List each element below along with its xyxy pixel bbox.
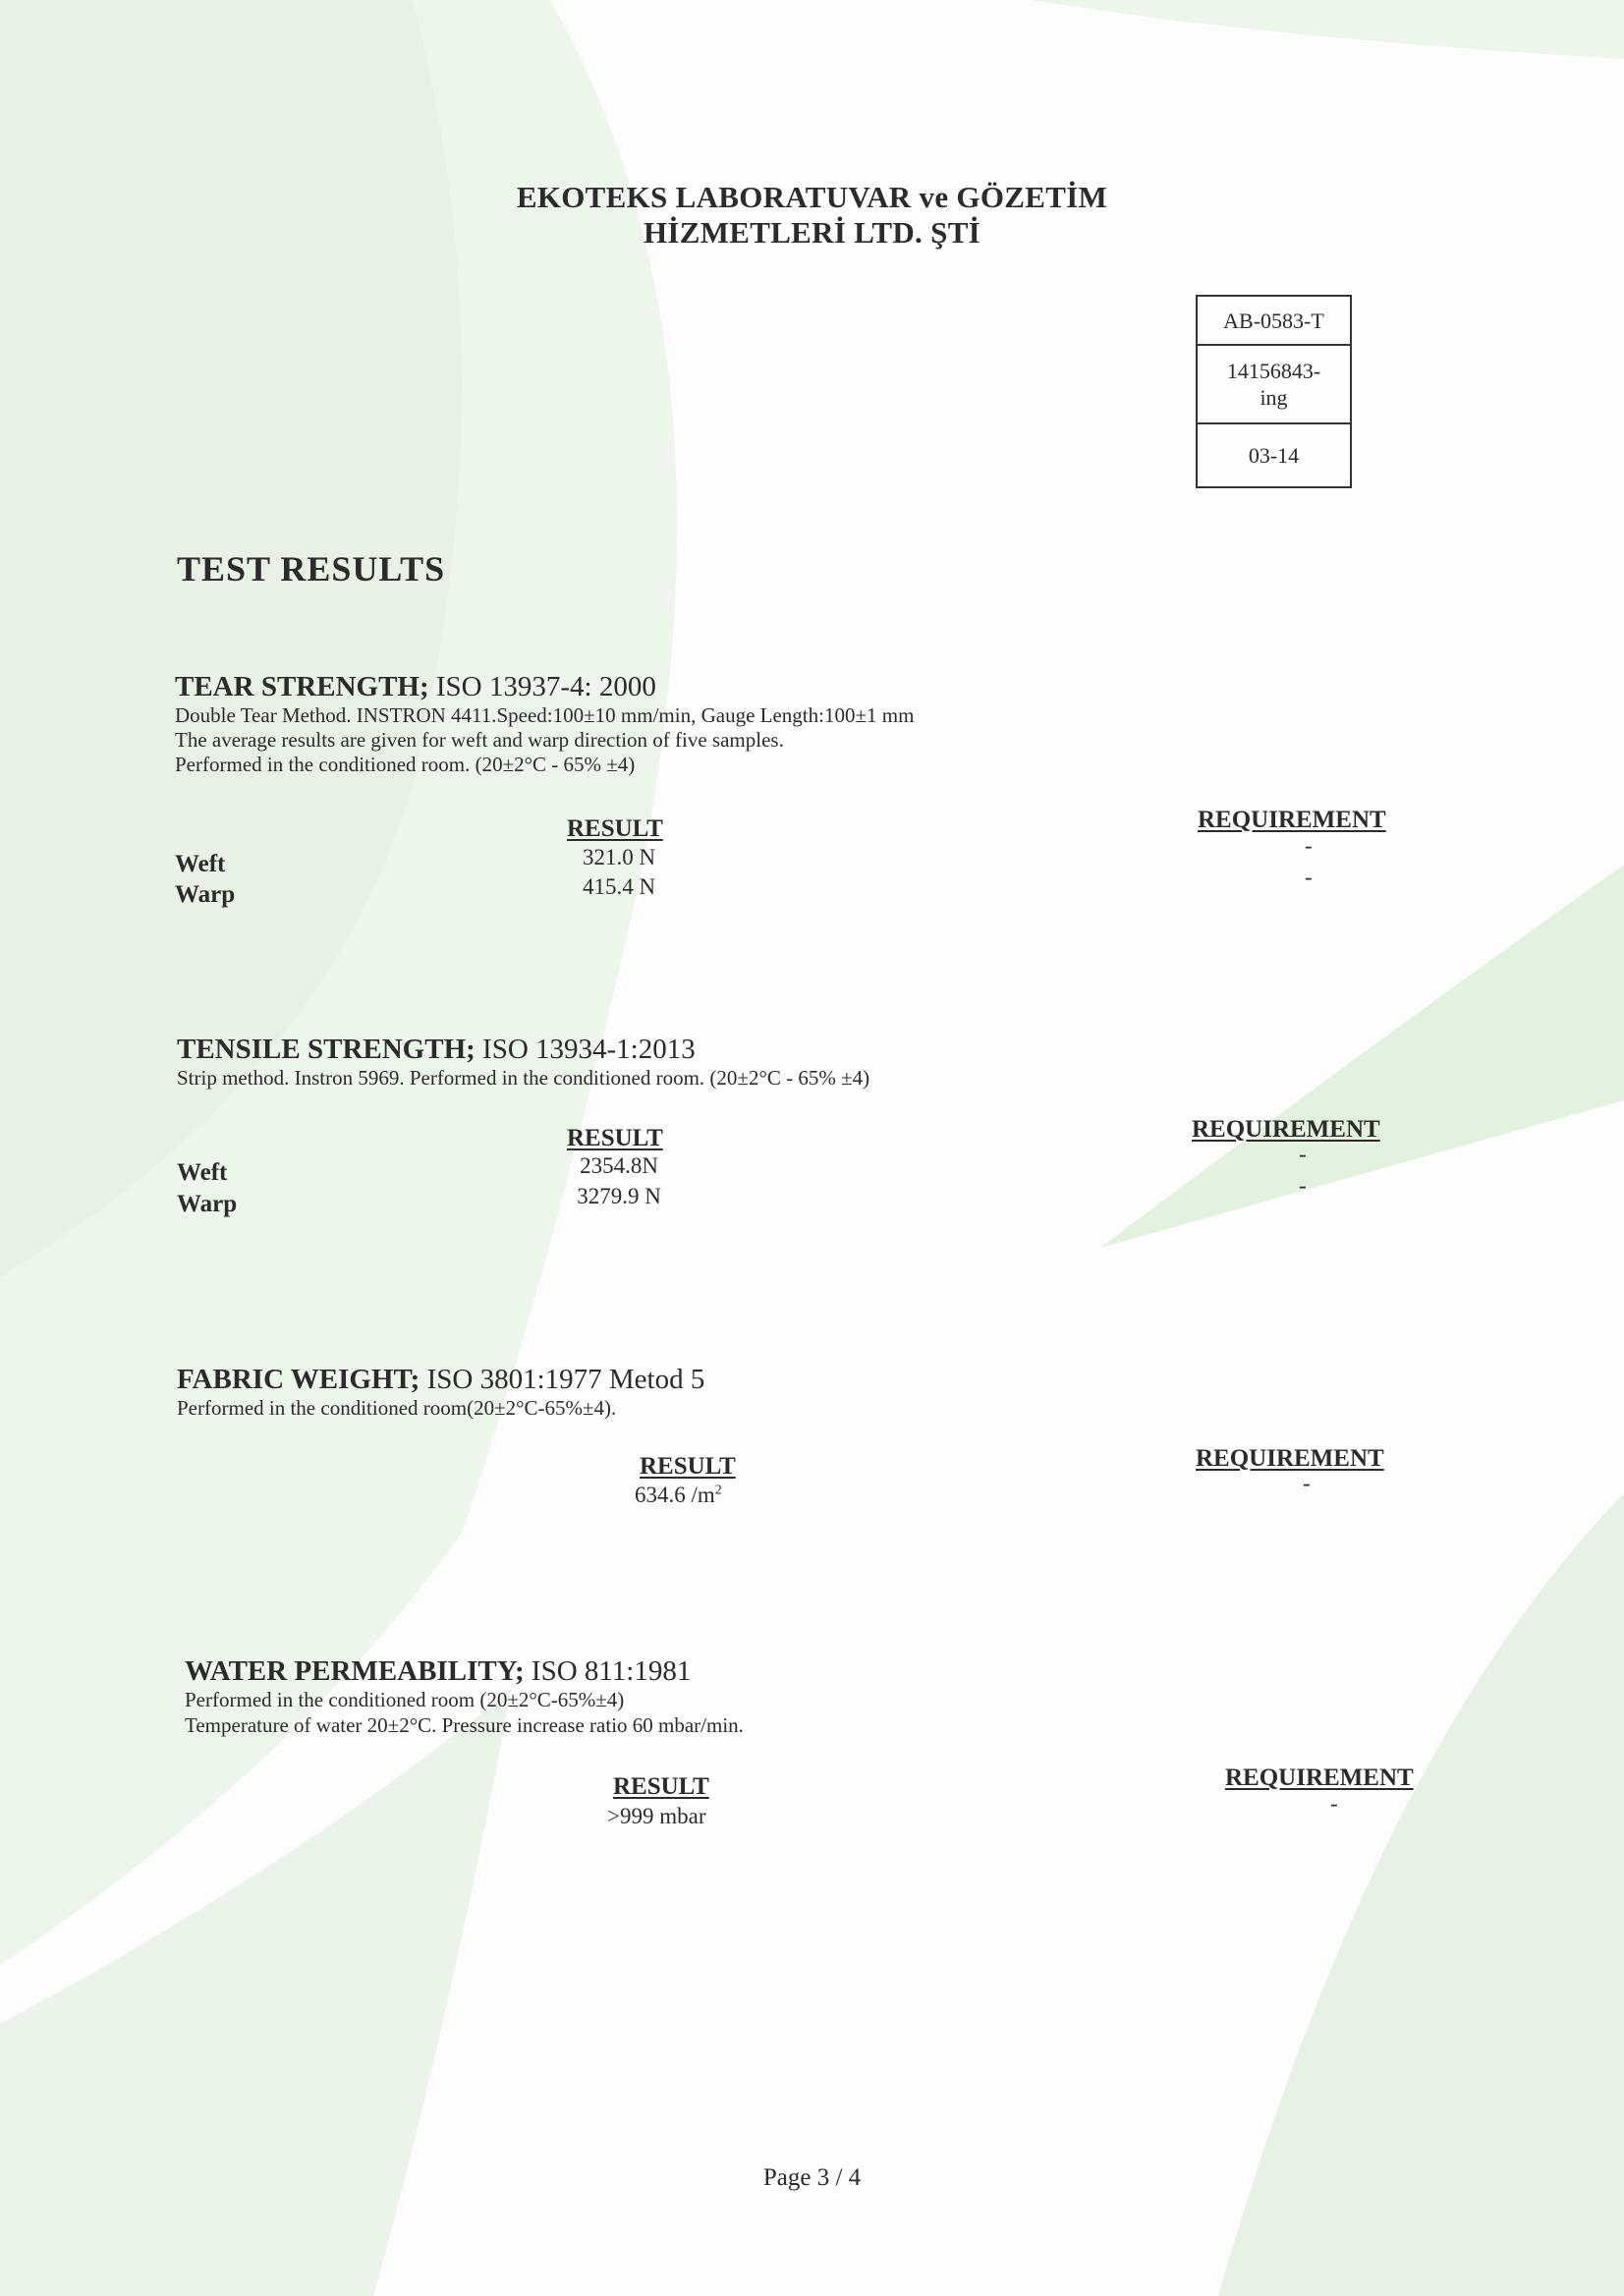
section-name: TENSILE STRENGTH; xyxy=(177,1034,476,1065)
report-number: 14156843- ing xyxy=(1198,346,1350,424)
accreditation-number: AB-0583-T xyxy=(1198,297,1350,346)
section-name: FABRIC WEIGHT; xyxy=(177,1364,420,1395)
section-standard: ISO 13934-1:2013 xyxy=(482,1034,696,1065)
reference-box: AB-0583-T 14156843- ing 03-14 xyxy=(1196,295,1352,488)
result-column-header: RESULT xyxy=(613,1773,709,1801)
report-number-line1: 14156843- xyxy=(1227,358,1320,384)
section-heading-tear-strength: TEAR STRENGTH; ISO 13937-4: 2000 xyxy=(175,671,656,703)
result-value: 634.6 /m2 xyxy=(635,1483,722,1508)
row-label-warp: Warp xyxy=(175,881,235,909)
page-number: Page 3 / 4 xyxy=(0,2164,1624,2192)
report-date: 03-14 xyxy=(1198,424,1350,486)
section-description-line: Strip method. Instron 5969. Performed in… xyxy=(177,1066,869,1090)
requirement-value: - xyxy=(1299,1173,1307,1199)
requirement-value: - xyxy=(1299,1142,1307,1167)
section-description-line: Temperature of water 20±2°C. Pressure in… xyxy=(185,1713,744,1737)
requirement-column-header: REQUIREMENT xyxy=(1196,1445,1384,1473)
result-value-text: 634.6 /m xyxy=(635,1483,715,1507)
section-description-line: The average results are given for weft a… xyxy=(175,728,784,752)
section-standard: ISO 13937-4: 2000 xyxy=(436,671,656,702)
company-name-line2: HİZMETLERİ LTD. ŞTİ xyxy=(0,215,1624,251)
result-column-header: RESULT xyxy=(567,1125,663,1152)
section-heading-fabric-weight: FABRIC WEIGHT; ISO 3801:1977 Metod 5 xyxy=(177,1364,704,1396)
requirement-column-header: REQUIREMENT xyxy=(1225,1764,1414,1792)
requirement-value: - xyxy=(1330,1791,1338,1817)
section-standard: ISO 811:1981 xyxy=(532,1655,691,1687)
result-value: 3279.9 N xyxy=(550,1184,688,1209)
section-description-line: Double Tear Method. INSTRON 4411.Speed:1… xyxy=(175,703,914,727)
result-value: 321.0 N xyxy=(550,845,688,870)
company-name-line1: EKOTEKS LABORATUVAR ve GÖZETİM xyxy=(0,180,1624,215)
section-description-line: Performed in the conditioned room. (20±2… xyxy=(175,753,635,776)
requirement-value: - xyxy=(1305,833,1313,859)
result-value: 415.4 N xyxy=(550,874,688,900)
row-label-weft: Weft xyxy=(177,1159,227,1187)
page-title: TEST RESULTS xyxy=(177,548,445,589)
requirement-column-header: REQUIREMENT xyxy=(1198,807,1386,834)
section-standard: ISO 3801:1977 Metod 5 xyxy=(427,1364,705,1395)
section-heading-water-permeability: WATER PERMEABILITY; ISO 811:1981 xyxy=(185,1655,691,1688)
requirement-value: - xyxy=(1305,865,1313,890)
watermark-background xyxy=(0,0,1624,2296)
result-value: >999 mbar xyxy=(607,1804,705,1829)
requirement-column-header: REQUIREMENT xyxy=(1192,1116,1380,1144)
section-description-line: Performed in the conditioned room(20±2°C… xyxy=(177,1396,616,1420)
row-label-weft: Weft xyxy=(175,851,225,878)
result-superscript: 2 xyxy=(715,1483,722,1497)
section-heading-tensile-strength: TENSILE STRENGTH; ISO 13934-1:2013 xyxy=(177,1034,696,1066)
section-description-line: Performed in the conditioned room (20±2°… xyxy=(185,1688,624,1711)
report-number-line2: ing xyxy=(1260,384,1287,411)
result-column-header: RESULT xyxy=(567,815,663,843)
requirement-value: - xyxy=(1303,1471,1311,1496)
row-label-warp: Warp xyxy=(177,1191,237,1218)
section-name: TEAR STRENGTH; xyxy=(175,671,429,702)
result-column-header: RESULT xyxy=(640,1453,736,1481)
result-value: 2354.8N xyxy=(550,1153,688,1179)
section-name: WATER PERMEABILITY; xyxy=(185,1655,525,1687)
